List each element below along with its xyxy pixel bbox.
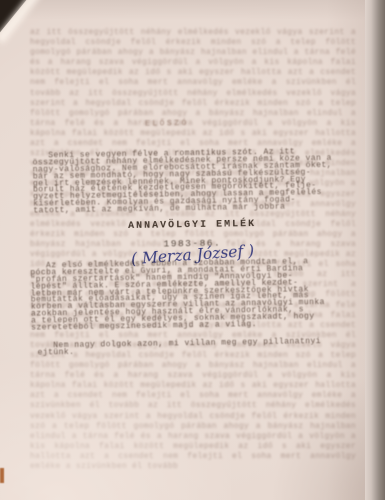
- typed-paragraph-3: Nem nagy dolgok azon, mi villan meg egy …: [37, 339, 321, 357]
- photo-of-typewritten-page: az itt összegyűjtött néhány elmélkedés v…: [0, 0, 385, 500]
- typed-paragraph-1: Senki se vegyen félve a romantikus szót.…: [32, 149, 332, 216]
- typed-line: tatott, amit az megkíván, de múlhatna má…: [33, 204, 332, 216]
- typed-line: szeretetéből megszínesedik majd az a vil…: [31, 321, 325, 333]
- book-title: ANNAVÖLGYI EMLÉK: [0, 217, 385, 234]
- faint-section-heading: ELŐSZÓ: [145, 119, 189, 129]
- typed-paragraph-2: Az első elmélkedést ebben a szobában mon…: [30, 259, 325, 333]
- typed-content: ELŐSZÓ Senki se vegyen félve a romantiku…: [0, 0, 385, 500]
